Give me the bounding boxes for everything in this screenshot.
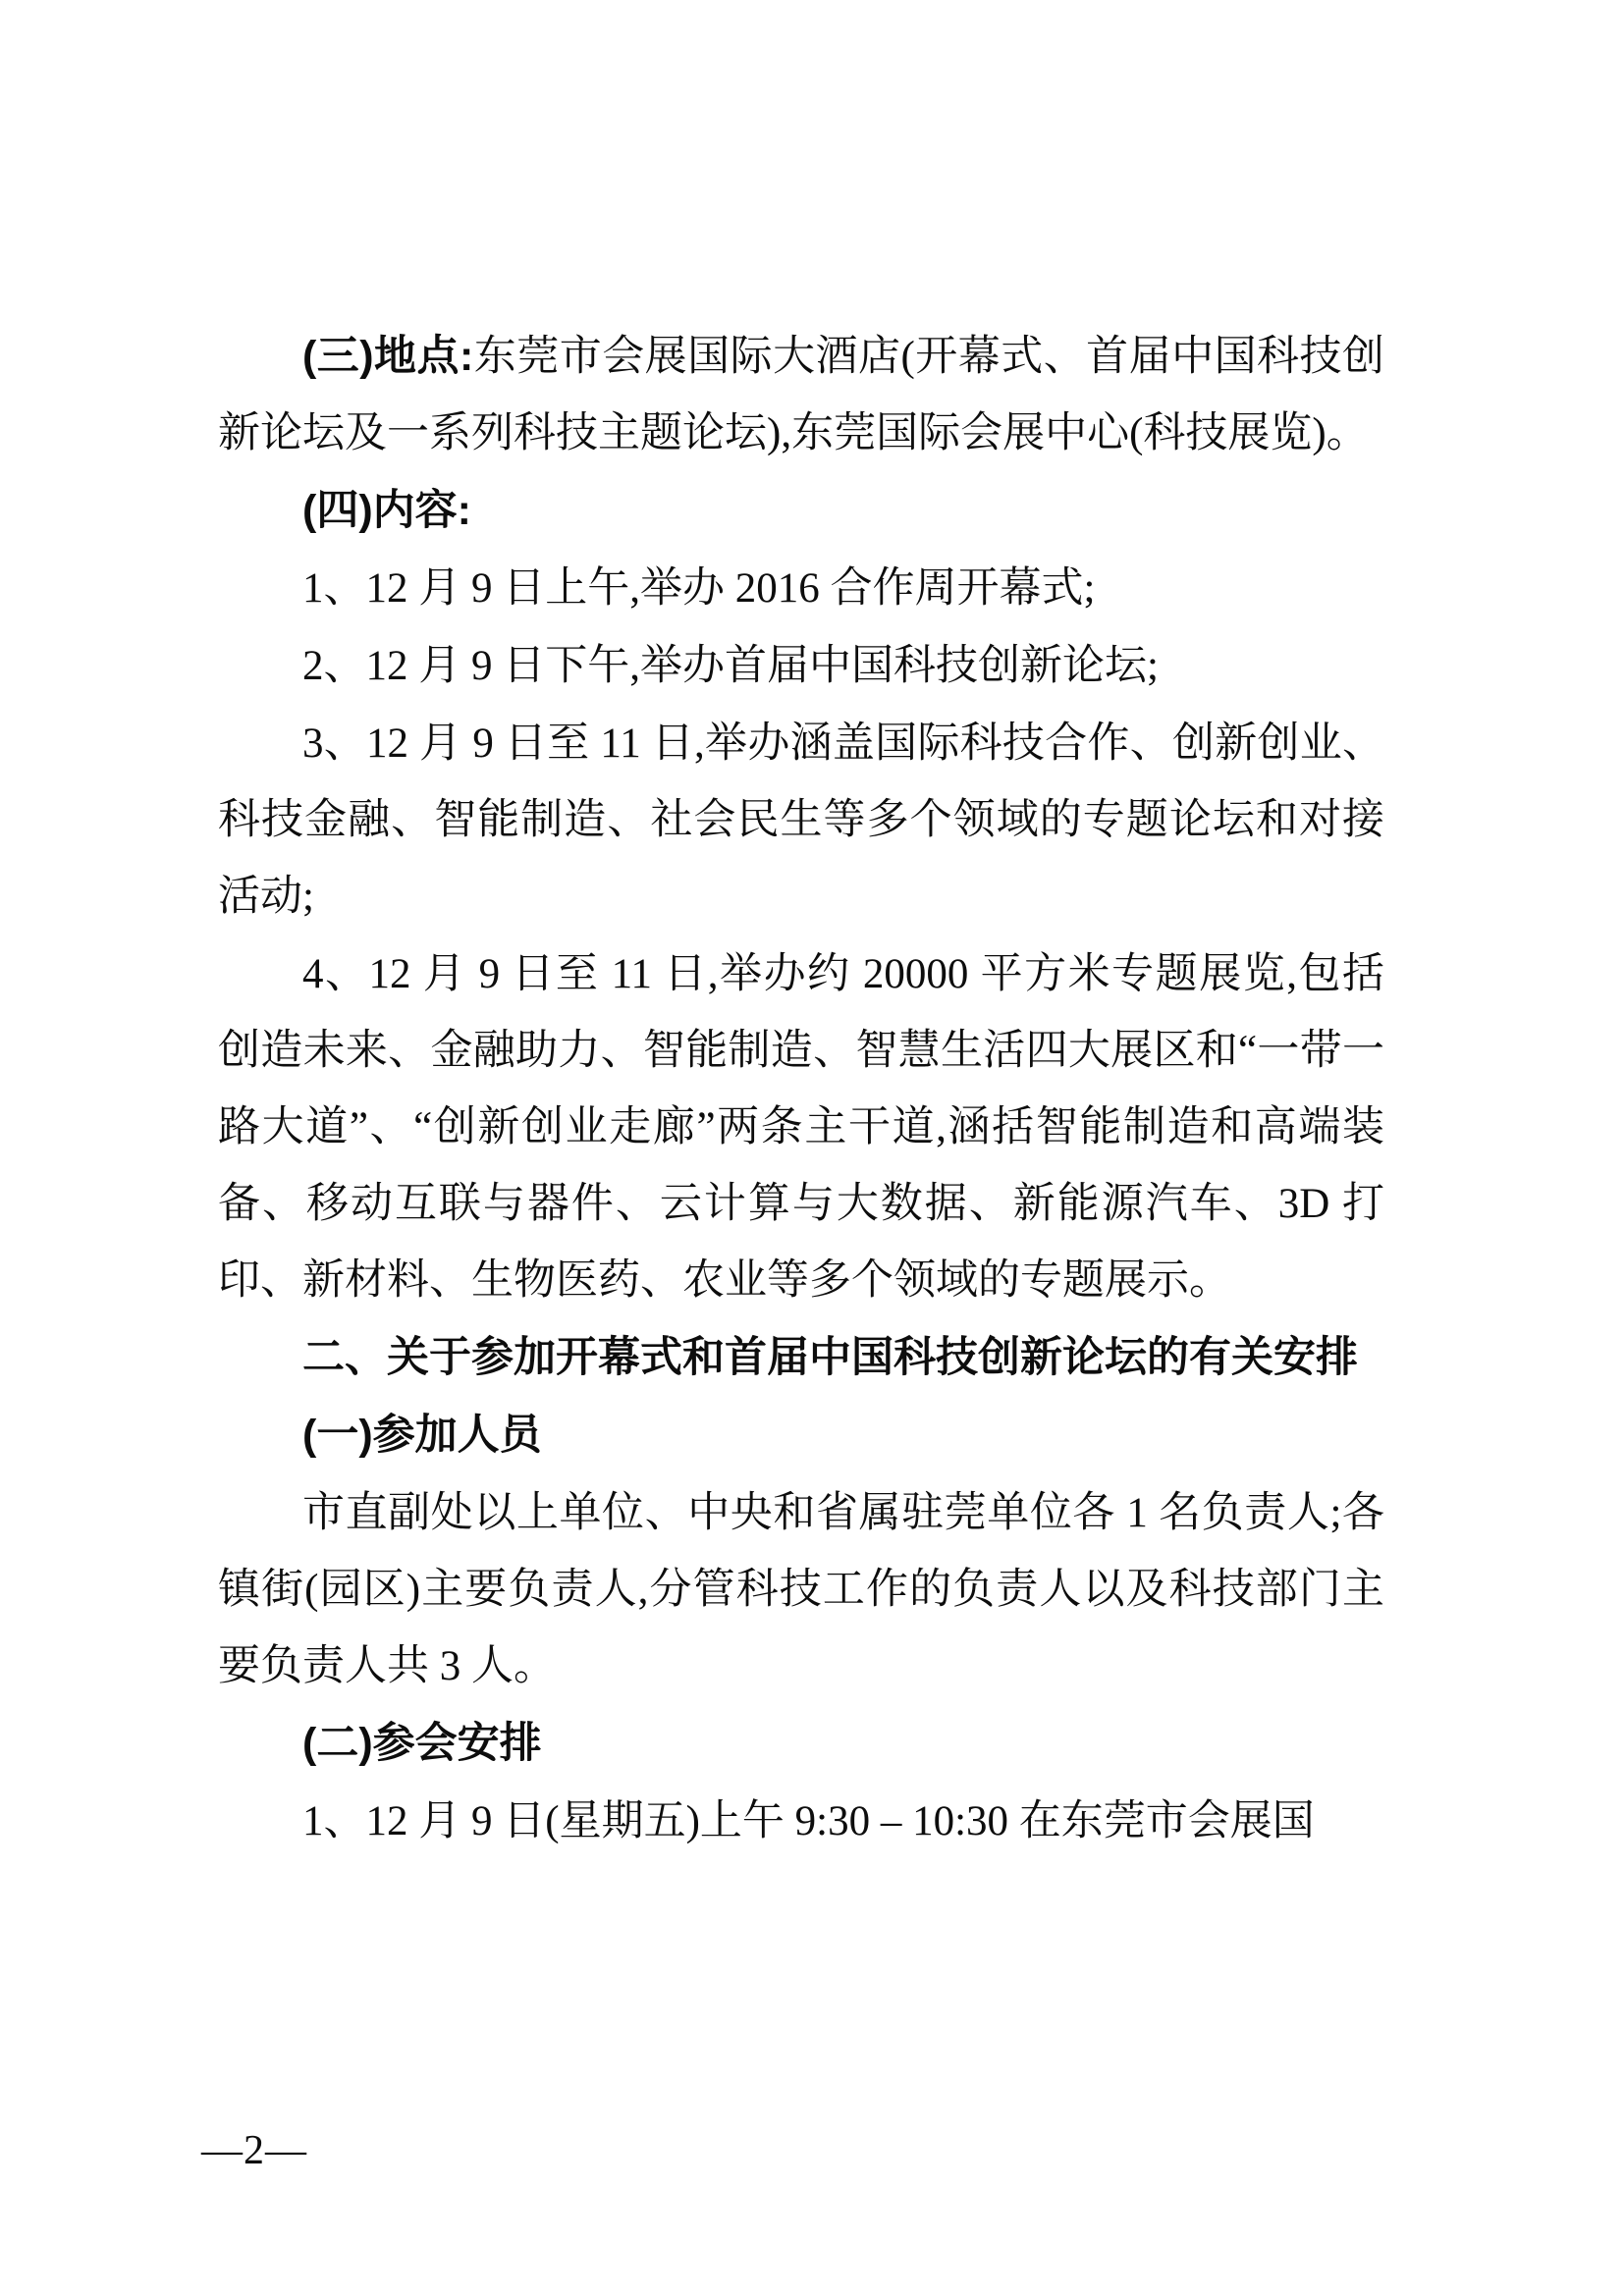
paragraph: (三)地点:东莞市会展国际大酒店(开幕式、首届中国科技创新论坛及一系列科技主题论…: [218, 318, 1384, 472]
paragraph: 1、12 月 9 日(星期五)上午 9:30 – 10:30 在东莞市会展国: [218, 1783, 1384, 1860]
document-page: (三)地点:东莞市会展国际大酒店(开幕式、首届中国科技创新论坛及一系列科技主题论…: [0, 0, 1624, 2296]
paragraph-text: 4、12 月 9 日至 11 日,举办约 20000 平方米专题展览,包括创造未…: [218, 951, 1384, 1304]
paragraph-text: 1、12 月 9 日上午,举办 2016 合作周开幕式;: [302, 565, 1095, 612]
page-number: —2—: [201, 2128, 307, 2173]
paragraph-lead: (四)内容:: [302, 487, 471, 534]
paragraph: 市直副处以上单位、中央和省属驻莞单位各 1 名负责人;各镇街(园区)主要负责人,…: [218, 1474, 1384, 1705]
paragraph-lead: (二)参会安排: [302, 1720, 542, 1767]
paragraph-lead: 二、关于参加开幕式和首届中国科技创新论坛的有关安排: [302, 1334, 1358, 1381]
paragraph: 2、12 月 9 日下午,举办首届中国科技创新论坛;: [218, 627, 1384, 705]
paragraph: (四)内容:: [218, 472, 1384, 550]
paragraph: 3、12 月 9 日至 11 日,举办涵盖国际科技合作、创新创业、科技金融、智能…: [218, 705, 1384, 935]
paragraph: 1、12 月 9 日上午,举办 2016 合作周开幕式;: [218, 550, 1384, 627]
paragraph: (二)参会安排: [218, 1705, 1384, 1783]
paragraph-text: 3、12 月 9 日至 11 日,举办涵盖国际科技合作、创新创业、科技金融、智能…: [218, 721, 1384, 920]
paragraph-text: 2、12 月 9 日下午,举办首届中国科技创新论坛;: [302, 643, 1159, 689]
document-body: (三)地点:东莞市会展国际大酒店(开幕式、首届中国科技创新论坛及一系列科技主题论…: [218, 318, 1384, 1860]
paragraph: 4、12 月 9 日至 11 日,举办约 20000 平方米专题展览,包括创造未…: [218, 935, 1384, 1319]
paragraph-text: 市直副处以上单位、中央和省属驻莞单位各 1 名负责人;各镇街(园区)主要负责人,…: [218, 1490, 1384, 1689]
paragraph: (一)参加人员: [218, 1397, 1384, 1474]
paragraph-lead: (一)参加人员: [302, 1412, 542, 1459]
paragraph-text: 1、12 月 9 日(星期五)上午 9:30 – 10:30 在东莞市会展国: [302, 1798, 1315, 1844]
paragraph: 二、关于参加开幕式和首届中国科技创新论坛的有关安排: [218, 1319, 1384, 1397]
paragraph-lead: (三)地点:: [302, 333, 473, 380]
